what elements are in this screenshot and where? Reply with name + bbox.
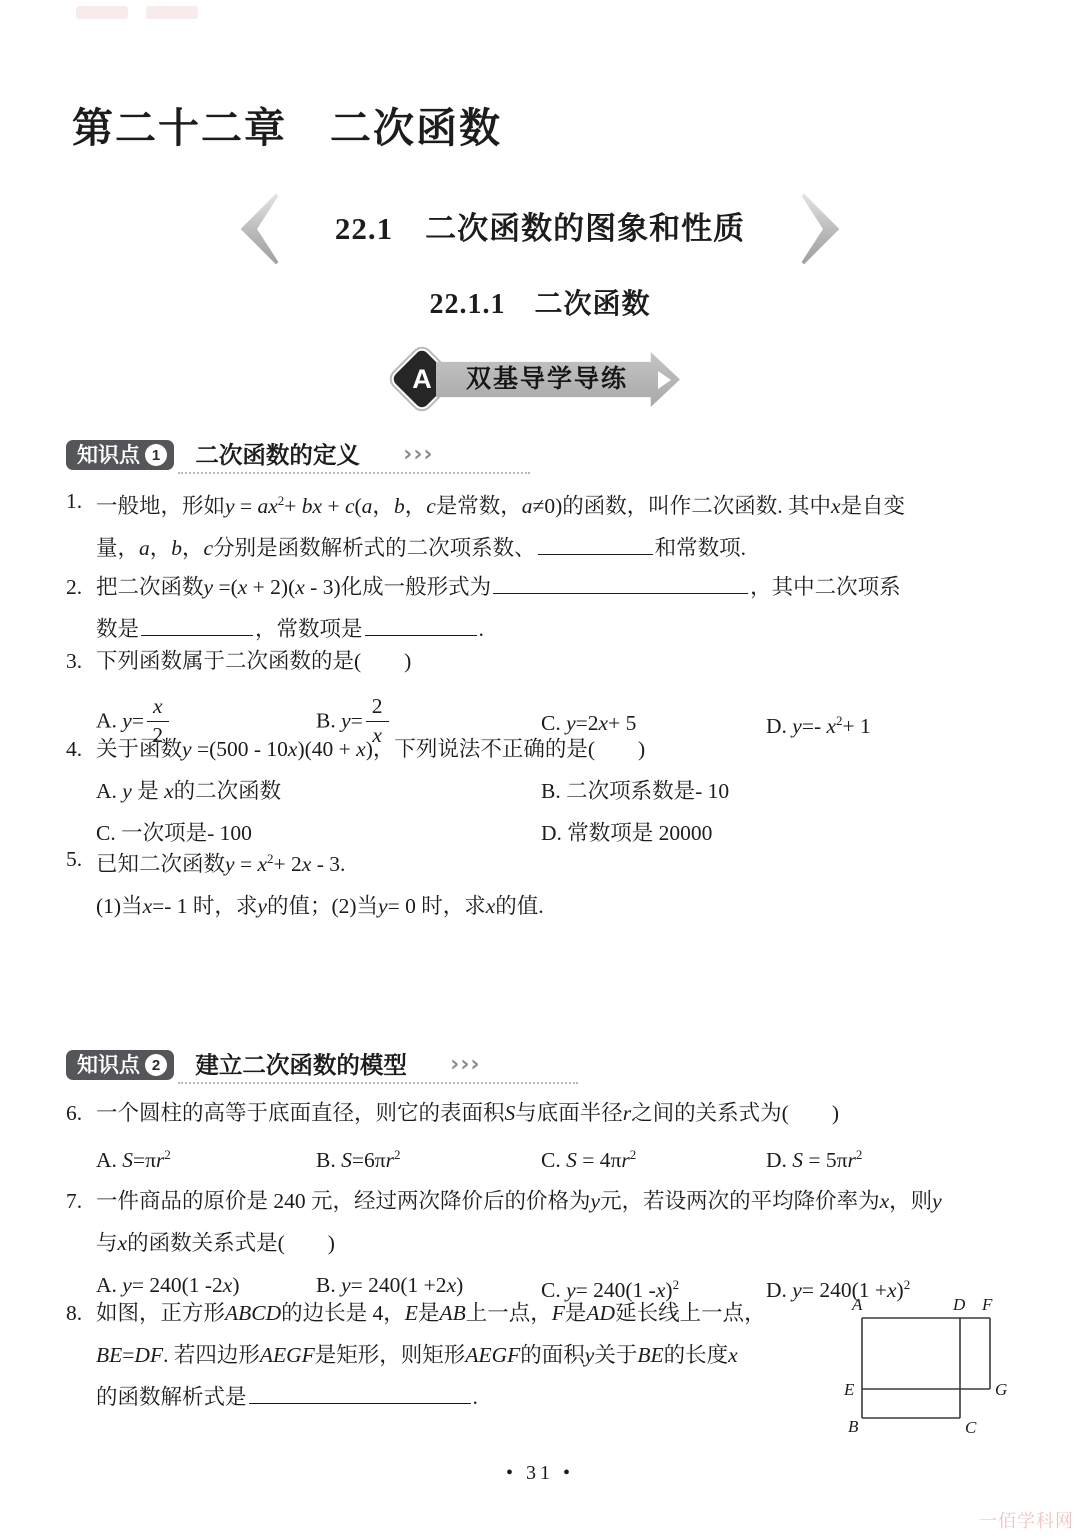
question-text-line: (1)当x=- 1 时，求y的值；(2)当y= 0 时，求x的值. <box>96 885 1044 927</box>
knowledge-point-title: 二次函数的定义 <box>195 442 360 468</box>
scan-artifact <box>76 6 198 19</box>
question-5: 5. 已知二次函数y = x2+ 2x - 3. (1)当x=- 1 时，求y的… <box>66 838 1044 927</box>
question-text-line: 如图，正方形ABCD的边长是 4，E是AB上一点，F是AD延长线上一点， <box>96 1292 836 1334</box>
option-b: B. S=6πr2 <box>316 1134 541 1181</box>
question-number: 1. <box>66 480 82 522</box>
vertex-label-D: D <box>952 1295 966 1314</box>
vertex-label-F: F <box>981 1295 993 1314</box>
workbook-page: 第二十二章 二次函数 22.1 二次函数的图象和性质 22.1.1 二次函数 A… <box>0 0 1080 1538</box>
question-number: 5. <box>66 838 82 880</box>
option-c: C. S = 4πr2 <box>541 1134 766 1181</box>
question-text-line: 一般地，形如y = ax2+ bx + c(a，b，c是常数，a≠0)的函数，叫… <box>96 480 1044 527</box>
question-8: 8. 如图，正方形ABCD的边长是 4，E是AB上一点，F是AD延长线上一点， … <box>66 1292 836 1418</box>
chevron-arrows-icon: ››› <box>450 1052 480 1077</box>
question-text-line: 量，a，b，c分别是函数解析式的二次项系数、和常数项. <box>96 527 1044 569</box>
question-text-line: 一个圆柱的高等于底面直径，则它的表面积S与底面半径r之间的关系式为( ) <box>96 1092 1044 1134</box>
vertex-label-C: C <box>965 1418 977 1437</box>
subsection-title: 22.1.1 二次函数 <box>0 284 1080 326</box>
square-rectangle-diagram: A D F E G B C <box>836 1292 1014 1444</box>
option-d: D. S = 5πr2 <box>766 1134 862 1181</box>
knowledge-point-badge-label: 知识点 <box>77 1055 140 1076</box>
question-number: 6. <box>66 1092 82 1134</box>
geometry-figure: A D F E G B C <box>836 1292 1014 1444</box>
question-text-line: BE=DF. 若四边形AEGF是矩形，则矩形AEGF的面积y关于BE的长度x <box>96 1334 836 1376</box>
option-a: A. S=πr2 <box>96 1134 316 1181</box>
knowledge-point-title: 建立二次函数的模型 <box>195 1052 407 1078</box>
knowledge-point-2-header: 知识点 2 建立二次函数的模型 ››› <box>66 1042 480 1082</box>
level-banner: A 双基导学导练 <box>400 352 680 408</box>
question-4: 4. 关于函数y =(500 - 10x)(40 + x)，下列说法不正确的是(… <box>66 728 1044 854</box>
options-row: A. S=πr2 B. S=6πr2 C. S = 4πr2 D. S = 5π… <box>96 1134 1044 1181</box>
question-number: 4. <box>66 728 82 770</box>
page-number: • 31 • <box>0 1452 1080 1494</box>
vertex-label-G: G <box>995 1380 1007 1399</box>
knowledge-point-badge: 知识点 2 <box>66 1050 174 1080</box>
level-banner-label: 双基导学导练 <box>436 352 680 407</box>
section-banner-title: 22.1 二次函数的图象和性质 <box>257 194 823 264</box>
knowledge-point-number: 1 <box>145 444 167 466</box>
question-text-line: 的函数解析式是. <box>96 1376 836 1418</box>
question-number: 8. <box>66 1292 82 1334</box>
vertex-label-A: A <box>851 1295 863 1314</box>
section-banner: 22.1 二次函数的图象和性质 <box>247 194 833 264</box>
question-text-line: 把二次函数y =(x + 2)(x - 3)化成一般形式为，其中二次项系 <box>96 566 1044 608</box>
knowledge-point-badge: 知识点 1 <box>66 440 174 470</box>
watermark: 一佰学科网 <box>979 1500 1074 1538</box>
vertex-label-B: B <box>848 1417 859 1436</box>
question-number: 3. <box>66 640 82 682</box>
chevron-arrows-icon: ››› <box>403 442 433 467</box>
chapter-title: 第二十二章 二次函数 <box>72 104 502 153</box>
banner-arrow-icon <box>658 371 671 389</box>
question-number: 7. <box>66 1180 82 1222</box>
question-text-line: 下列函数属于二次函数的是( ) <box>96 640 1044 682</box>
dotted-underline <box>178 1082 578 1084</box>
question-6: 6. 一个圆柱的高等于底面直径，则它的表面积S与底面半径r之间的关系式为( ) … <box>66 1092 1044 1181</box>
knowledge-point-badge-label: 知识点 <box>77 445 140 466</box>
knowledge-point-1-header: 知识点 1 二次函数的定义 ››› <box>66 432 433 472</box>
knowledge-point-number: 2 <box>145 1054 167 1076</box>
options-row: A. y 是 x的二次函数 B. 二次项系数是- 10 <box>96 770 1044 812</box>
question-text-line: 关于函数y =(500 - 10x)(40 + x)，下列说法不正确的是( ) <box>96 728 1044 770</box>
question-1: 1. 一般地，形如y = ax2+ bx + c(a，b，c是常数，a≠0)的函… <box>66 480 1044 569</box>
option-a: A. y 是 x的二次函数 <box>96 770 541 812</box>
question-text-line: 与x的函数关系式是( ) <box>96 1222 1044 1264</box>
option-b: B. 二次项系数是- 10 <box>541 770 729 812</box>
question-number: 2. <box>66 566 82 608</box>
question-text-line: 一件商品的原价是 240 元，经过两次降价后的价格为y元，若设两次的平均降价率为… <box>96 1180 1044 1222</box>
question-2: 2. 把二次函数y =(x + 2)(x - 3)化成一般形式为，其中二次项系 … <box>66 566 1044 650</box>
question-text-line: 已知二次函数y = x2+ 2x - 3. <box>96 838 1044 885</box>
dotted-underline <box>178 472 530 474</box>
vertex-label-E: E <box>843 1380 855 1399</box>
